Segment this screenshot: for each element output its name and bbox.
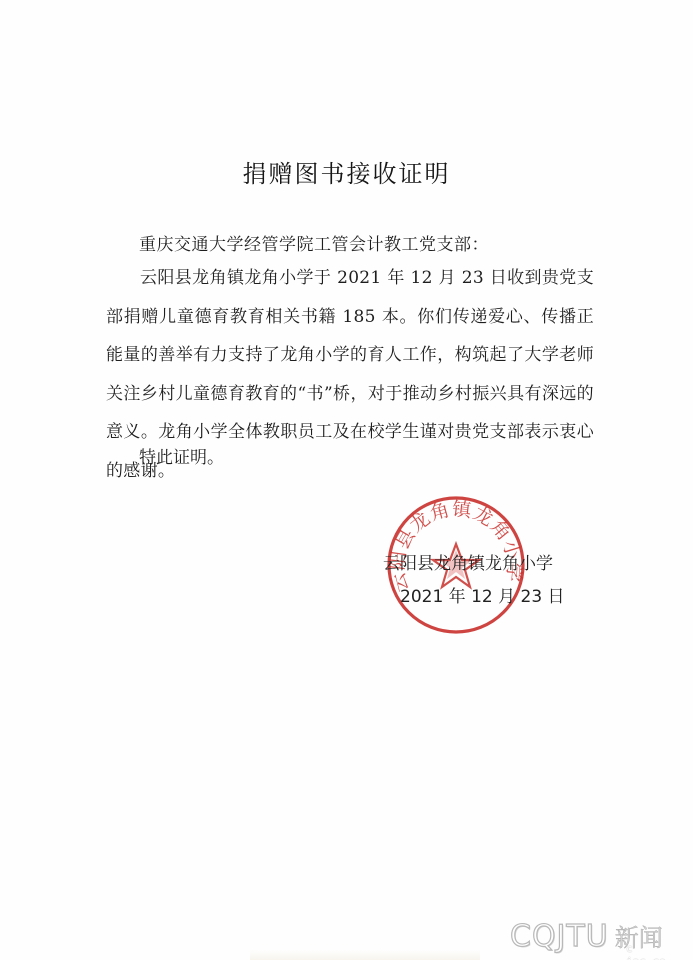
watermark-url: c iac.co: [626, 942, 666, 960]
watermark: CQJTU 新闻 c iac.co: [510, 918, 663, 954]
closing-line: 特此证明。: [139, 443, 224, 468]
document-page: 捐赠图书接收证明 重庆交通大学经管学院工管会计教工党支部： 云阳县龙角镇龙角小学…: [0, 0, 693, 960]
signature-organization: 云阳县龙角镇龙角小学: [383, 549, 553, 574]
signature-date: 2021 年 12 月 23 日: [400, 582, 565, 607]
page-title: 捐赠图书接收证明: [0, 154, 693, 189]
watermark-logo: CQJTU: [510, 919, 609, 954]
salutation: 重庆交通大学经管学院工管会计教工党支部：: [139, 230, 489, 255]
scan-edge: [250, 950, 480, 960]
